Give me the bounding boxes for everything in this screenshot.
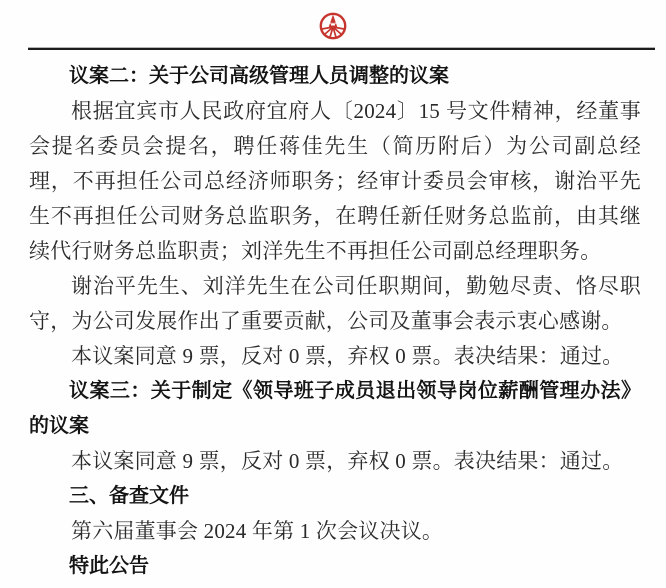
heading-proposal-3: 议案三：关于制定《领导班子成员退出领导岗位薪酬管理办法》的议案	[29, 374, 641, 444]
announcement-document-page: 议案二：关于公司高级管理人员调整的议案 根据宜宾市人民政府宜府人〔2024〕15…	[0, 0, 666, 588]
heading-reference-documents: 三、备查文件	[29, 479, 641, 514]
document-header	[0, 12, 666, 40]
paragraph-appointment-details: 根据宜宾市人民政府宜府人〔2024〕15 号文件精神，经董事会提名委员会提名，聘…	[29, 94, 641, 269]
document-body: 议案二：关于公司高级管理人员调整的议案 根据宜宾市人民政府宜府人〔2024〕15…	[29, 59, 641, 584]
heading-announcement-closing: 特此公告	[29, 549, 641, 584]
paragraph-vote-result-proposal-3: 本议案同意 9 票，反对 0 票，弃权 0 票。表决结果：通过。	[29, 444, 641, 479]
company-seal-icon	[319, 12, 347, 40]
heading-proposal-2: 议案二：关于公司高级管理人员调整的议案	[29, 59, 641, 94]
paragraph-vote-result-proposal-2: 本议案同意 9 票，反对 0 票，弃权 0 票。表决结果：通过。	[29, 339, 641, 374]
paragraph-board-resolution: 第六届董事会 2024 年第 1 次会议决议。	[29, 514, 641, 549]
paragraph-gratitude: 谢治平先生、刘洋先生在公司任职期间，勤勉尽责、恪尽职守，为公司发展作出了重要贡献…	[29, 269, 641, 339]
header-divider-line	[28, 48, 655, 50]
